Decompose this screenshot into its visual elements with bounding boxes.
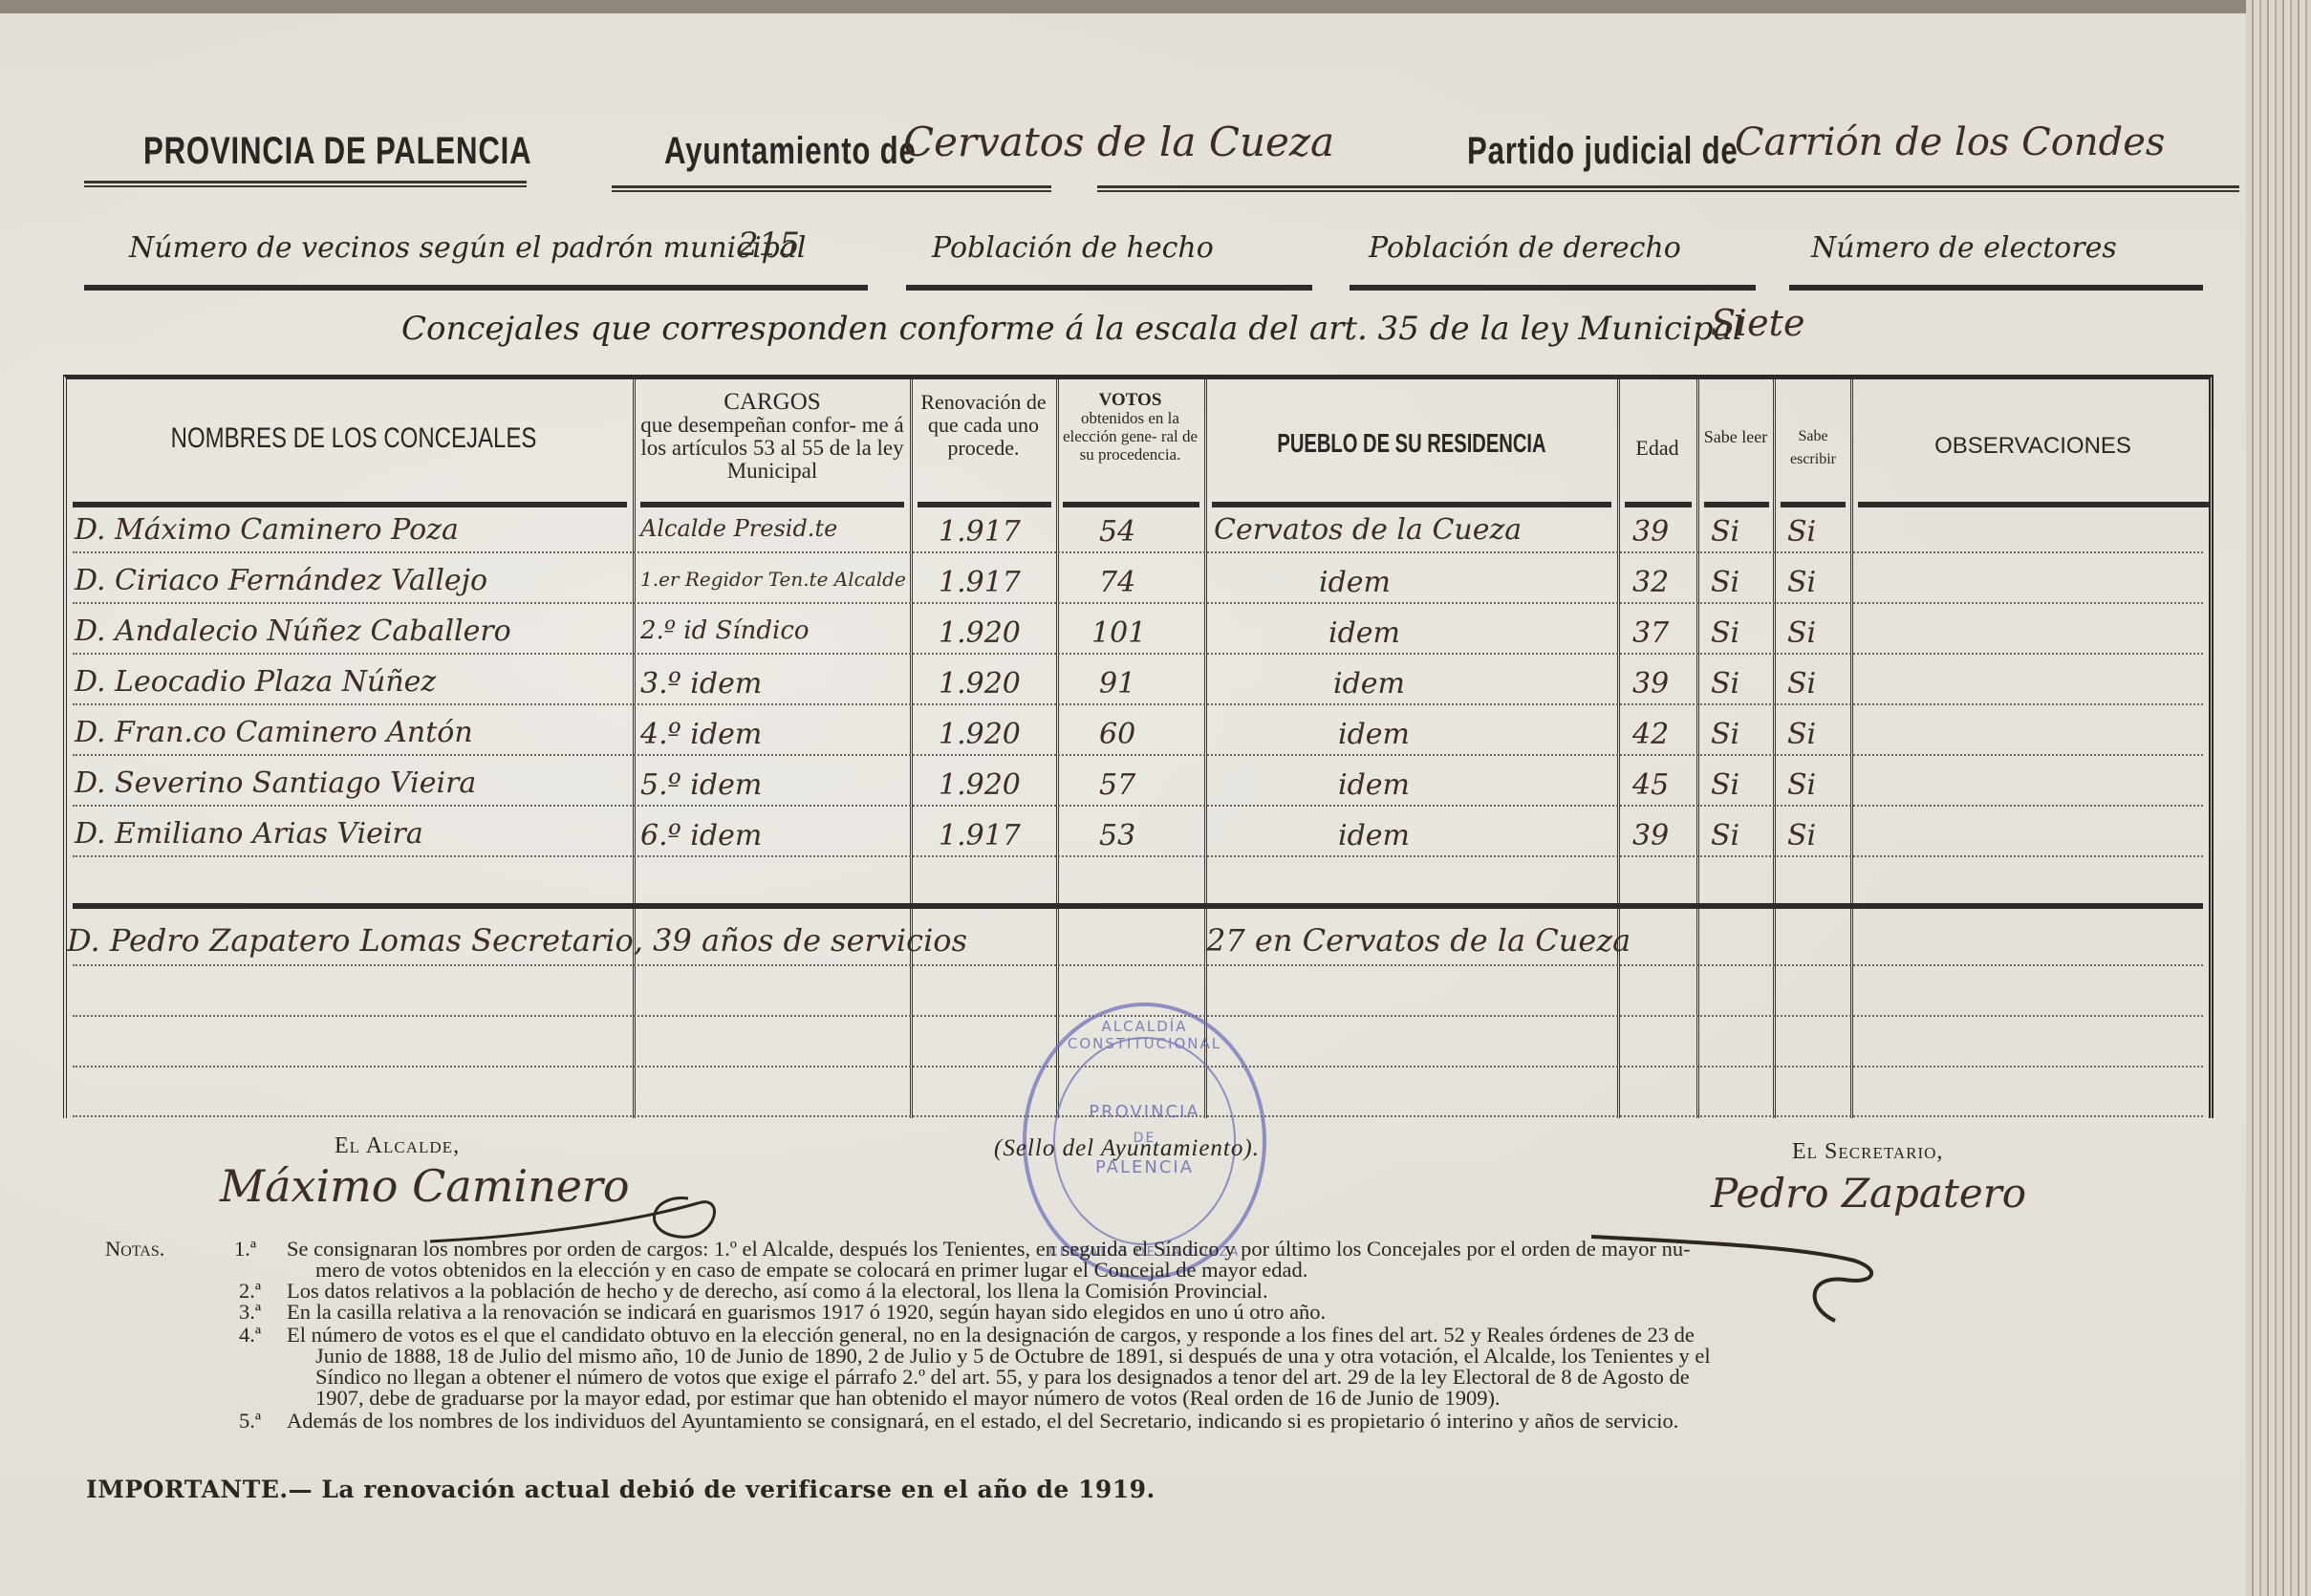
note-number: 5.ª	[239, 1411, 261, 1432]
cell-sabe-escribir: Si	[1787, 566, 1816, 599]
secretario-row-right: 27 en Cervatos de la Cueza	[1206, 922, 1631, 959]
cell-sabe-escribir: Si	[1787, 718, 1816, 751]
alcalde-label: El Alcalde,	[335, 1133, 460, 1159]
cell-edad: 45	[1632, 768, 1669, 802]
header-edad: Edad	[1621, 437, 1694, 460]
sello-label: (Sello del Ayuntamiento).	[994, 1135, 1260, 1162]
cell-cargo: 3.º idem	[640, 667, 762, 701]
cell-sabe-escribir: Si	[1787, 768, 1816, 802]
vecinos-label: Número de vecinos según el padrón munici…	[129, 231, 806, 265]
column-divider	[1204, 379, 1207, 1118]
cell-sabe-escribir: Si	[1787, 616, 1816, 650]
header-divider	[918, 502, 1051, 507]
cell-pueblo: idem	[1333, 667, 1405, 701]
vecinos-value: 215	[738, 226, 800, 264]
cell-edad: 39	[1632, 515, 1669, 549]
divider	[84, 285, 868, 291]
cell-votos: 74	[1099, 566, 1135, 599]
cell-nombre: D. Andalecio Núñez Caballero	[75, 615, 511, 648]
secretario-flourish-icon	[1587, 1208, 1892, 1323]
cell-nombre: D. Máximo Caminero Poza	[75, 513, 459, 547]
cell-renovacion: 1.917	[939, 819, 1021, 852]
note-text: El número de votos es el que el candidat…	[287, 1325, 1695, 1346]
header-divider	[640, 502, 904, 507]
concejales-value: Siete	[1711, 302, 1804, 344]
note-number: 1.ª	[234, 1239, 256, 1260]
partido-value: Carrión de los Condes	[1735, 120, 2165, 164]
header-cargos: CARGOS que desempeñan confor- me á los a…	[638, 391, 906, 483]
header-pueblo: PUEBLO DE SU RESIDENCIA	[1266, 432, 1557, 455]
cell-edad: 42	[1632, 718, 1669, 751]
cell-votos: 60	[1099, 718, 1135, 751]
header-divider	[1063, 502, 1199, 507]
header-divider	[1212, 502, 1611, 507]
column-divider	[910, 379, 913, 1118]
cell-nombre: D. Ciriaco Fernández Vallejo	[75, 564, 487, 597]
cell-votos: 91	[1099, 667, 1135, 701]
poblacion-derecho-label: Población de derecho	[1369, 231, 1681, 265]
header-votos: VOTOS obtenidos en la elección gene- ral…	[1061, 391, 1199, 464]
cell-nombre: D. Severino Santiago Vieira	[75, 766, 476, 800]
cell-sabe-leer: Si	[1711, 515, 1739, 549]
note-text: En la casilla relativa a la renovación s…	[287, 1302, 1326, 1323]
secretario-label: El Secretario,	[1792, 1139, 1943, 1165]
header-cargos-sub: que desempeñan confor- me á los artículo…	[638, 414, 906, 483]
divider	[1350, 285, 1756, 291]
secretario-row-left: D. Pedro Zapatero Lomas Secretario, 39 a…	[67, 922, 967, 959]
header-divider	[1858, 502, 2210, 507]
cell-cargo: 6.º idem	[640, 819, 762, 852]
header-cargos-title: CARGOS	[638, 391, 906, 414]
cell-votos: 54	[1099, 515, 1135, 549]
cell-sabe-escribir: Si	[1787, 515, 1816, 549]
divider	[906, 285, 1312, 291]
cell-cargo: 2.º id Síndico	[640, 616, 810, 645]
cell-nombre: D. Emiliano Arias Vieira	[75, 817, 423, 851]
cell-edad: 37	[1632, 616, 1669, 650]
header-votos-title: VOTOS	[1061, 391, 1199, 409]
cell-pueblo: idem	[1338, 718, 1410, 751]
note-text: Se consignaran los nombres por orden de …	[287, 1239, 1691, 1260]
row-line	[73, 653, 2203, 655]
cell-sabe-leer: Si	[1711, 667, 1739, 701]
table-section-divider	[73, 903, 2203, 909]
note-text: Los datos relativos a la población de he…	[287, 1281, 1268, 1302]
header-renovacion: Renovación de que cada uno procede.	[916, 391, 1051, 460]
row-line	[73, 964, 2203, 966]
cell-renovacion: 1.920	[939, 616, 1021, 650]
stamp-center-text: PROVINCIA	[1026, 1102, 1263, 1122]
note-text: mero de votos obtenidos en la elección y…	[315, 1260, 1307, 1281]
cell-nombre: D. Leocadio Plaza Núñez	[75, 665, 436, 699]
cell-pueblo: Cervatos de la Cueza	[1214, 513, 1522, 547]
cell-pueblo: idem	[1338, 768, 1410, 802]
cell-edad: 39	[1632, 819, 1669, 852]
cell-cargo: 5.º idem	[640, 768, 762, 802]
cell-renovacion: 1.917	[939, 515, 1021, 549]
poblacion-hecho-label: Población de hecho	[932, 231, 1214, 265]
divider	[1789, 285, 2203, 291]
column-divider	[633, 379, 636, 1118]
ayuntamiento-value: Cervatos de la Cueza	[903, 119, 1334, 165]
book-spine-edge	[2246, 0, 2311, 1596]
header-observaciones: OBSERVACIONES	[1856, 435, 2210, 458]
note-text: Junio de 1888, 18 de Julio del mismo año…	[315, 1346, 1711, 1367]
cell-sabe-leer: Si	[1711, 616, 1739, 650]
document-page: PROVINCIA DE PALENCIA Ayuntamiento de Ce…	[0, 0, 2246, 1596]
cell-cargo: 1.er Regidor Ten.te Alcalde	[640, 568, 906, 591]
cell-renovacion: 1.917	[939, 566, 1021, 599]
column-divider	[1850, 379, 1853, 1118]
cell-pueblo: idem	[1338, 819, 1410, 852]
cell-renovacion: 1.920	[939, 768, 1021, 802]
column-divider	[1696, 379, 1699, 1118]
header-sabe-leer: Sabe leer	[1701, 425, 1770, 448]
row-line	[73, 754, 2203, 756]
partido-label-text: Partido judicial de	[1467, 130, 1739, 173]
cell-sabe-escribir: Si	[1787, 819, 1816, 852]
note-text: 1907, debe de graduarse por la mayor eda…	[315, 1388, 1501, 1409]
divider	[612, 185, 1051, 192]
header-sabe-escribir: Sabe escribir	[1778, 425, 1848, 471]
column-divider	[1617, 379, 1620, 1118]
header-divider	[1704, 502, 1769, 507]
note-text: Síndico no llegan a obtener el número de…	[315, 1367, 1690, 1388]
cell-nombre: D. Fran.co Caminero Antón	[75, 716, 473, 749]
row-line	[73, 703, 2203, 705]
notes-heading: Notas.	[105, 1239, 164, 1260]
concejales-label: Concejales que corresponden conforme á l…	[401, 310, 1743, 348]
row-line	[73, 805, 2203, 807]
cell-renovacion: 1.920	[939, 667, 1021, 701]
divider	[1097, 185, 2239, 192]
header-divider	[73, 502, 627, 507]
electores-label: Número de electores	[1811, 231, 2117, 265]
stamp-top-text: ALCALDÍA CONSTITUCIONAL	[1026, 1018, 1263, 1052]
cell-sabe-leer: Si	[1711, 566, 1739, 599]
provincia-heading: PROVINCIA DE PALENCIA	[143, 128, 641, 173]
ayuntamiento-label-text: Ayuntamiento de	[664, 130, 917, 173]
cell-pueblo: idem	[1328, 616, 1400, 650]
cell-sabe-leer: Si	[1711, 718, 1739, 751]
cell-votos: 57	[1099, 768, 1135, 802]
row-line	[73, 551, 2203, 553]
row-line	[73, 855, 2203, 857]
cell-pueblo: idem	[1319, 566, 1391, 599]
note-text: Además de los nombres de los individuos …	[287, 1411, 1678, 1432]
header-divider	[1625, 502, 1692, 507]
cell-votos: 101	[1091, 616, 1146, 650]
note-number: 4.ª	[239, 1325, 261, 1346]
cell-sabe-escribir: Si	[1787, 667, 1816, 701]
cell-cargo: 4.º idem	[640, 718, 762, 751]
header-votos-sub: obtenidos en la elección gene- ral de su…	[1061, 409, 1199, 464]
column-divider	[1056, 379, 1059, 1118]
note-number: 3.ª	[239, 1302, 261, 1323]
cell-sabe-leer: Si	[1711, 819, 1739, 852]
provincia-text: PROVINCIA DE PALENCIA	[143, 130, 531, 173]
row-line	[73, 602, 2203, 604]
cell-sabe-leer: Si	[1711, 768, 1739, 802]
cell-votos: 53	[1099, 819, 1135, 852]
divider	[84, 181, 527, 187]
note-number: 2.ª	[239, 1281, 261, 1302]
column-divider	[1773, 379, 1776, 1118]
important-notice: IMPORTANTE.— La renovación actual debió …	[86, 1476, 1155, 1503]
cell-edad: 39	[1632, 667, 1669, 701]
header-nombres: NOMBRES DE LOS CONCEJALES	[132, 427, 575, 450]
header-divider	[1781, 502, 1846, 507]
cell-cargo: Alcalde Presid.te	[640, 515, 837, 542]
cell-renovacion: 1.920	[939, 718, 1021, 751]
cell-edad: 32	[1632, 566, 1669, 599]
